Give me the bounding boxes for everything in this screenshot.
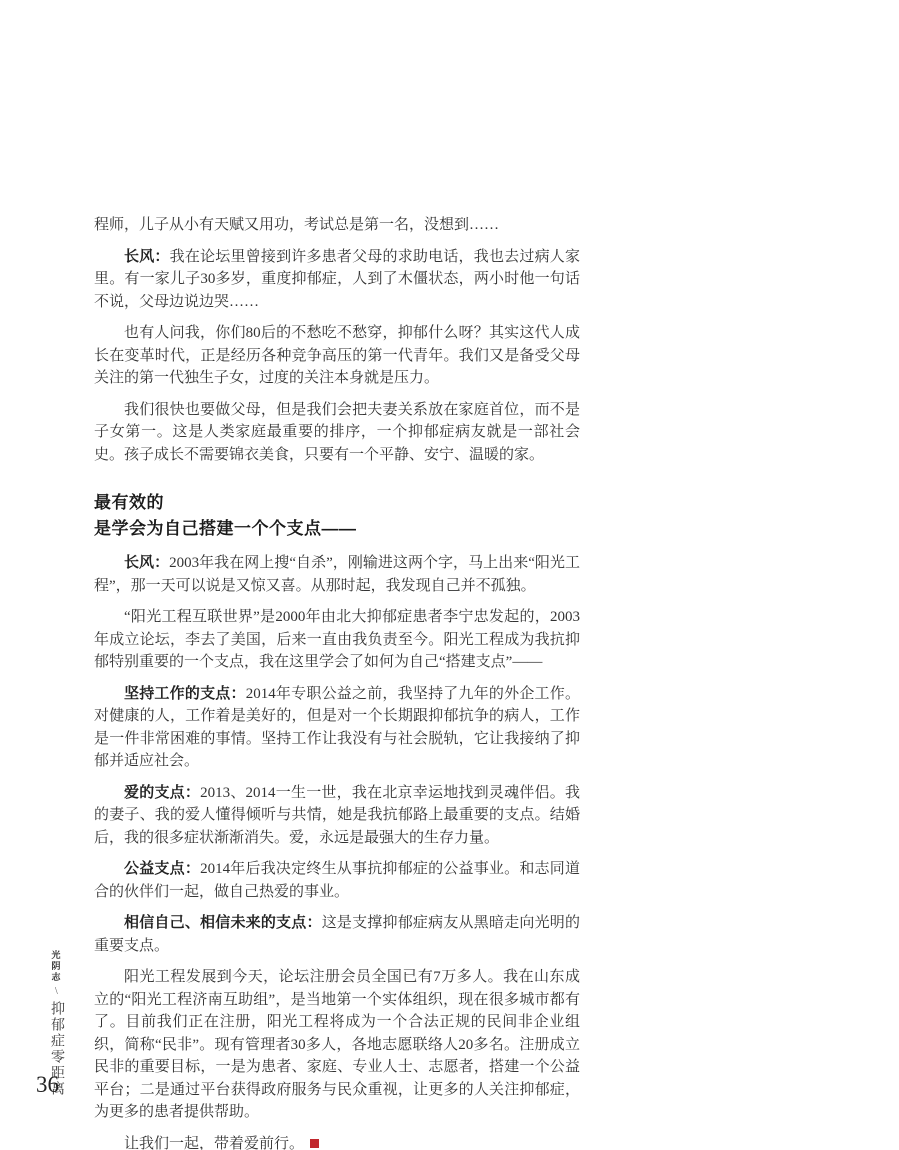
paragraph-text: 我们很快也要做父母，但是我们会把夫妻关系放在家庭首位，而不是子女第一。这是人类家… (94, 402, 580, 463)
paragraph-text: 阳光工程发展到今天，论坛注册会员全国已有7万多人。我在山东成立的“阳光工程济南互… (94, 969, 580, 1120)
section-heading-line1: 最有效的 (94, 490, 580, 516)
section-heading-line2: 是学会为自己搭建一个个支点—— (94, 516, 580, 542)
paragraph-lead: 相信自己、相信未来的支点： (124, 914, 322, 931)
paragraph-lead: 公益支点： (124, 860, 200, 877)
paragraph-text: 让我们一起，带着爱前行。 (124, 1136, 304, 1150)
paragraph: 阳光工程发展到今天，论坛注册会员全国已有7万多人。我在山东成立的“阳光工程济南互… (94, 966, 580, 1124)
paragraph: 坚持工作的支点：2014年专职公益之前，我坚持了九年的外企工作。对健康的人，工作… (94, 683, 580, 773)
closing-paragraph: 让我们一起，带着爱前行。 (94, 1133, 580, 1150)
paragraph: 长风：我在论坛里曾接到许多患者父母的求助电话，我也去过病人家里。有一家儿子30多… (94, 246, 580, 314)
article-column: 程师，儿子从小有天赋又用功，考试总是第一名，没想到…… 长风：我在论坛里曾接到许… (94, 214, 580, 1150)
paragraph-lead: 长风： (124, 248, 170, 265)
paragraph: 也有人问我，你们80后的不愁吃不愁穿，抑郁什么呀？其实这代人成长在变革时代，正是… (94, 322, 580, 390)
end-of-article-marker (310, 1139, 319, 1148)
paragraph-lead: 坚持工作的支点： (124, 685, 246, 702)
paragraph: “阳光工程互联世界”是2000年由北大抑郁症患者李宁忠发起的，2003年成立论坛… (94, 606, 580, 674)
paragraph-lead: 长风： (124, 554, 169, 571)
page-number: 36 (36, 1072, 59, 1098)
column-label: 光阴志 (50, 950, 63, 983)
paragraph-text: “阳光工程互联世界”是2000年由北大抑郁症患者李宁忠发起的，2003年成立论坛… (94, 609, 580, 670)
separator-slash: / (55, 987, 58, 997)
paragraph: 爱的支点：2013、2014一生一世，我在北京幸运地找到灵魂伴侣。我的妻子、我的… (94, 782, 580, 850)
section-heading: 最有效的 是学会为自己搭建一个个支点—— (94, 490, 580, 542)
paragraph: 相信自己、相信未来的支点：这是支撑抑郁症病友从黑暗走向光明的重要支点。 (94, 912, 580, 957)
paragraph: 我们很快也要做父母，但是我们会把夫妻关系放在家庭首位，而不是子女第一。这是人类家… (94, 399, 580, 467)
paragraph-text: 也有人问我，你们80后的不愁吃不愁穿，抑郁什么呀？其实这代人成长在变革时代，正是… (94, 325, 580, 386)
paragraph-text: 程师，儿子从小有天赋又用功，考试总是第一名，没想到…… (94, 217, 499, 233)
paragraph: 公益支点：2014年后我决定终生从事抗抑郁症的公益事业。和志同道合的伙伴们一起，… (94, 858, 580, 903)
paragraph: 长风：2003年我在网上搜“自杀”，刚输进这两个字，马上出来“阳光工程”，那一天… (94, 552, 580, 597)
paragraph: 程师，儿子从小有天赋又用功，考试总是第一名，没想到…… (94, 214, 580, 237)
paragraph-lead: 爱的支点： (124, 784, 200, 801)
magazine-page: 光阴志 / 抑郁症零距离 36 程师，儿子从小有天赋又用功，考试总是第一名，没想… (0, 0, 899, 1150)
